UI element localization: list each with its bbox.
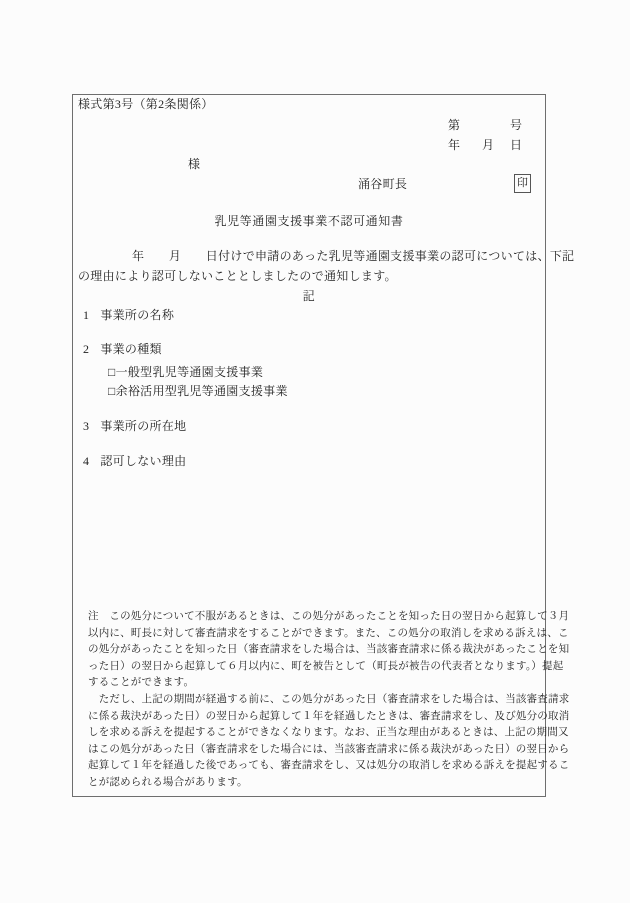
note-line: はこの処分があった日（審査請求をした場合には、当該審査請求に係る裁決があった日）…: [88, 745, 569, 756]
checkbox-label: 余裕活用型乳児等通園支援事業: [116, 384, 288, 398]
date-year-label: 年: [448, 139, 460, 151]
seal-label: 印: [517, 178, 528, 189]
document-frame: [72, 94, 546, 797]
checkbox-row-general: □一般型乳児等通園支援事業: [108, 366, 263, 378]
body-paragraph-line2: の理由により認可しないこととしましたので通知します。: [78, 270, 397, 282]
date-month-label: 月: [482, 139, 494, 151]
note-line: 起算して１年を経過した後であっても、審査請求をし、又は処分の取消しを求める訴えを…: [88, 761, 569, 772]
item-number: 2: [83, 342, 89, 356]
item-label: 事業所の名称: [100, 308, 174, 322]
item-1-business-name: 1事業所の名称: [83, 309, 174, 321]
note-line: 注 この処分について不服があるときは、この処分があったことを知った日の翌日から起…: [88, 612, 569, 623]
ki-heading: 記: [72, 290, 546, 302]
checkbox-row-surplus: □余裕活用型乳児等通園支援事業: [108, 385, 288, 397]
note-line: しを求める訴えを提起することができなくなります。なお、正当な理由があるときは、上…: [88, 728, 569, 739]
checkbox-label: 一般型乳児等通園支援事業: [116, 365, 264, 379]
doc-number-suffix: 号: [510, 119, 522, 131]
note-line: の処分があったことを知った日（審査請求をした場合は、当該審査請求に係る裁決があっ…: [88, 645, 569, 656]
note-line: った日）の翌日から起算して６月以内に、町を被告として（町長が被告の代表者となりま…: [88, 662, 563, 673]
item-number: 4: [83, 454, 89, 468]
item-label: 認可しない理由: [100, 454, 186, 468]
note-line: に係る裁決があった日）の翌日から起算して１年を経過したときは、審査請求をし、及び…: [88, 712, 569, 723]
item-label: 事業所の所在地: [100, 419, 186, 433]
item-number: 3: [83, 419, 89, 433]
item-number: 1: [83, 308, 89, 322]
item-3-business-address: 3事業所の所在地: [83, 420, 186, 432]
item-2-business-type: 2事業の種類: [83, 343, 162, 355]
date-day-label: 日: [510, 139, 522, 151]
document-page: 様式第3号（第2条関係） 第 号 年 月 日 様 涌谷町長 印 乳児等通園支援事…: [0, 0, 630, 903]
item-4-refusal-reason: 4認可しない理由: [83, 455, 186, 467]
note-line: ただし、上記の期間が経過する前に、この処分があった日（審査請求をした場合は、当該…: [88, 695, 569, 706]
doc-number-prefix: 第: [448, 119, 460, 131]
form-number-label: 様式第3号（第2条関係）: [78, 98, 214, 110]
checkbox-icon: □: [108, 384, 116, 398]
issuer-name: 涌谷町長: [358, 178, 407, 190]
note-line: 以内に、町長に対して審査請求をすることができます。また、この処分の取消しを求める…: [88, 629, 569, 640]
document-title: 乳児等通園支援事業不認可通知書: [72, 215, 546, 227]
body-paragraph-line1: 年 月 日付けで申請のあった乳児等通園支援事業の認可については、下記: [132, 250, 574, 262]
item-label: 事業の種類: [100, 342, 162, 356]
checkbox-icon: □: [108, 365, 116, 379]
note-line: とが認められる場合があります。: [88, 778, 248, 789]
recipient-honorific: 様: [188, 158, 200, 170]
seal-box: 印: [514, 174, 531, 193]
note-line: することができます。: [88, 678, 194, 689]
